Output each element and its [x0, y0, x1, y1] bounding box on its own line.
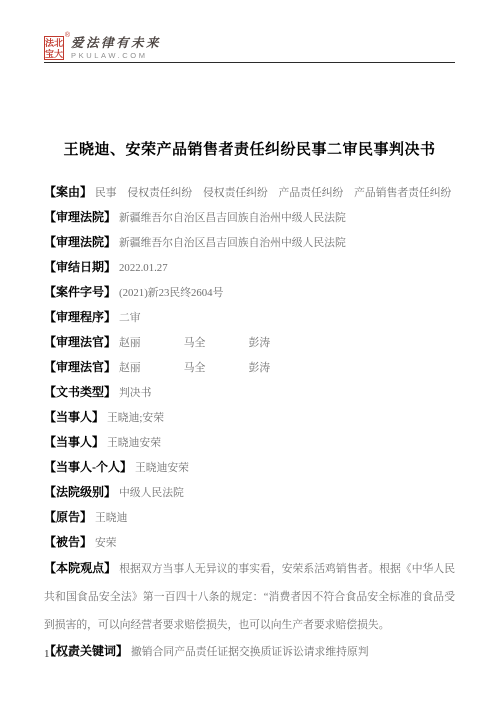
field-row-court: 【审理法院】新疆维吾尔自治区昌吉回族自治州中级人民法院 — [44, 230, 455, 255]
field-label: 【审理法官】 — [44, 335, 116, 349]
field-row-court: 【审理法院】新疆维吾尔自治区昌吉回族自治州中级人民法院 — [44, 205, 455, 230]
field-row-procedure: 【审理程序】二审 — [44, 305, 455, 330]
field-row-parties: 【当事人】王晓迪安荣 — [44, 430, 455, 455]
seal-line-2: 宝大 — [45, 49, 63, 60]
brand-site-name: PKULAW.COM — [71, 51, 161, 60]
field-row-parties-individual: 【当事人-个人】王晓迪安荣 — [44, 455, 455, 480]
field-row-judges: 【审理法官】赵丽 马全 彭涛 — [44, 355, 455, 380]
field-value: 王晓迪安荣 — [107, 437, 161, 449]
field-label: 【当事人】 — [44, 410, 104, 424]
field-value: 王晓迪;安荣 — [107, 412, 164, 424]
document-page: 法北 宝大 ® 爱法律有未来 PKULAW.COM 王晓迪、安荣产品销售者责任纠… — [0, 0, 496, 702]
field-label: 【审理法官】 — [44, 360, 116, 374]
field-label: 【案由】 — [44, 185, 92, 199]
registered-trademark-icon: ® — [65, 32, 70, 39]
seal-line-1: 法北 — [45, 38, 63, 49]
field-row-close-date: 【审结日期】2022.01.27 — [44, 255, 455, 280]
seal-characters: 法北 宝大 — [44, 36, 64, 60]
field-value: 二审 — [119, 312, 141, 324]
brand-text: 爱法律有未来 PKULAW.COM — [71, 36, 161, 60]
brand-slogan: 爱法律有未来 — [71, 36, 161, 50]
field-label: 【被告】 — [44, 535, 92, 549]
field-value: 撤销合同产品责任证据交换质证诉讼请求维持原判 — [131, 646, 369, 658]
page-header: 法北 宝大 ® 爱法律有未来 PKULAW.COM — [44, 36, 455, 63]
field-row-court-opinion: 【本院观点】根据双方当事人无异议的事实看，安荣系活鸡销售者。根据《中华人民共和国… — [44, 555, 455, 639]
field-label: 【案件字号】 — [44, 285, 116, 299]
field-label: 【审理法院】 — [44, 210, 116, 224]
field-row-judges: 【审理法官】赵丽 马全 彭涛 — [44, 330, 455, 355]
page-number-indicator: 1 / 10 — [44, 648, 75, 660]
pkulaw-logo: 法北 宝大 ® 爱法律有未来 PKULAW.COM — [44, 36, 161, 60]
field-row-defendant: 【被告】安荣 — [44, 530, 455, 555]
field-value: 判决书 — [119, 387, 151, 399]
field-value: 新疆维吾尔自治区昌吉回族自治州中级人民法院 — [119, 212, 346, 224]
field-value: 2022.01.27 — [119, 262, 168, 274]
field-value: 赵丽 马全 彭涛 — [119, 362, 270, 374]
field-label: 【审理程序】 — [44, 310, 116, 324]
field-row-parties: 【当事人】王晓迪;安荣 — [44, 405, 455, 430]
field-row-keywords: 【权责关键词】撤销合同产品责任证据交换质证诉讼请求维持原判 — [44, 639, 455, 664]
field-value: 赵丽 马全 彭涛 — [119, 337, 270, 349]
field-label: 【本院观点】 — [44, 561, 116, 575]
field-label: 【当事人】 — [44, 435, 104, 449]
field-label: 【法院级别】 — [44, 485, 116, 499]
field-label: 【原告】 — [44, 510, 92, 524]
field-label: 【当事人-个人】 — [44, 460, 132, 474]
field-value: 中级人民法院 — [119, 487, 184, 499]
field-row-case-cause: 【案由】民事 侵权责任纠纷 侵权责任纠纷 产品责任纠纷 产品销售者责任纠纷 — [44, 180, 455, 205]
field-value: 民事 侵权责任纠纷 侵权责任纠纷 产品责任纠纷 产品销售者责任纠纷 — [95, 187, 451, 199]
document-title: 王晓迪、安荣产品销售者责任纠纷民事二审民事判决书 — [44, 138, 455, 162]
field-value: 王晓迪 — [95, 512, 127, 524]
field-label: 【审结日期】 — [44, 260, 116, 274]
field-value: 安荣 — [95, 537, 117, 549]
field-label: 【审理法院】 — [44, 235, 116, 249]
field-row-doc-type: 【文书类型】判决书 — [44, 380, 455, 405]
field-label: 【文书类型】 — [44, 385, 116, 399]
field-value: 王晓迪安荣 — [135, 462, 189, 474]
field-row-court-level: 【法院级别】中级人民法院 — [44, 480, 455, 505]
field-row-plaintiff: 【原告】王晓迪 — [44, 505, 455, 530]
field-row-case-number: 【案件字号】(2021)新23民终2604号 — [44, 280, 455, 305]
field-value: 新疆维吾尔自治区昌吉回族自治州中级人民法院 — [119, 237, 346, 249]
metadata-fields: 【案由】民事 侵权责任纠纷 侵权责任纠纷 产品责任纠纷 产品销售者责任纠纷 【审… — [44, 180, 455, 664]
field-value: (2021)新23民终2604号 — [119, 287, 223, 299]
pkulaw-seal-icon: 法北 宝大 ® — [44, 36, 64, 60]
